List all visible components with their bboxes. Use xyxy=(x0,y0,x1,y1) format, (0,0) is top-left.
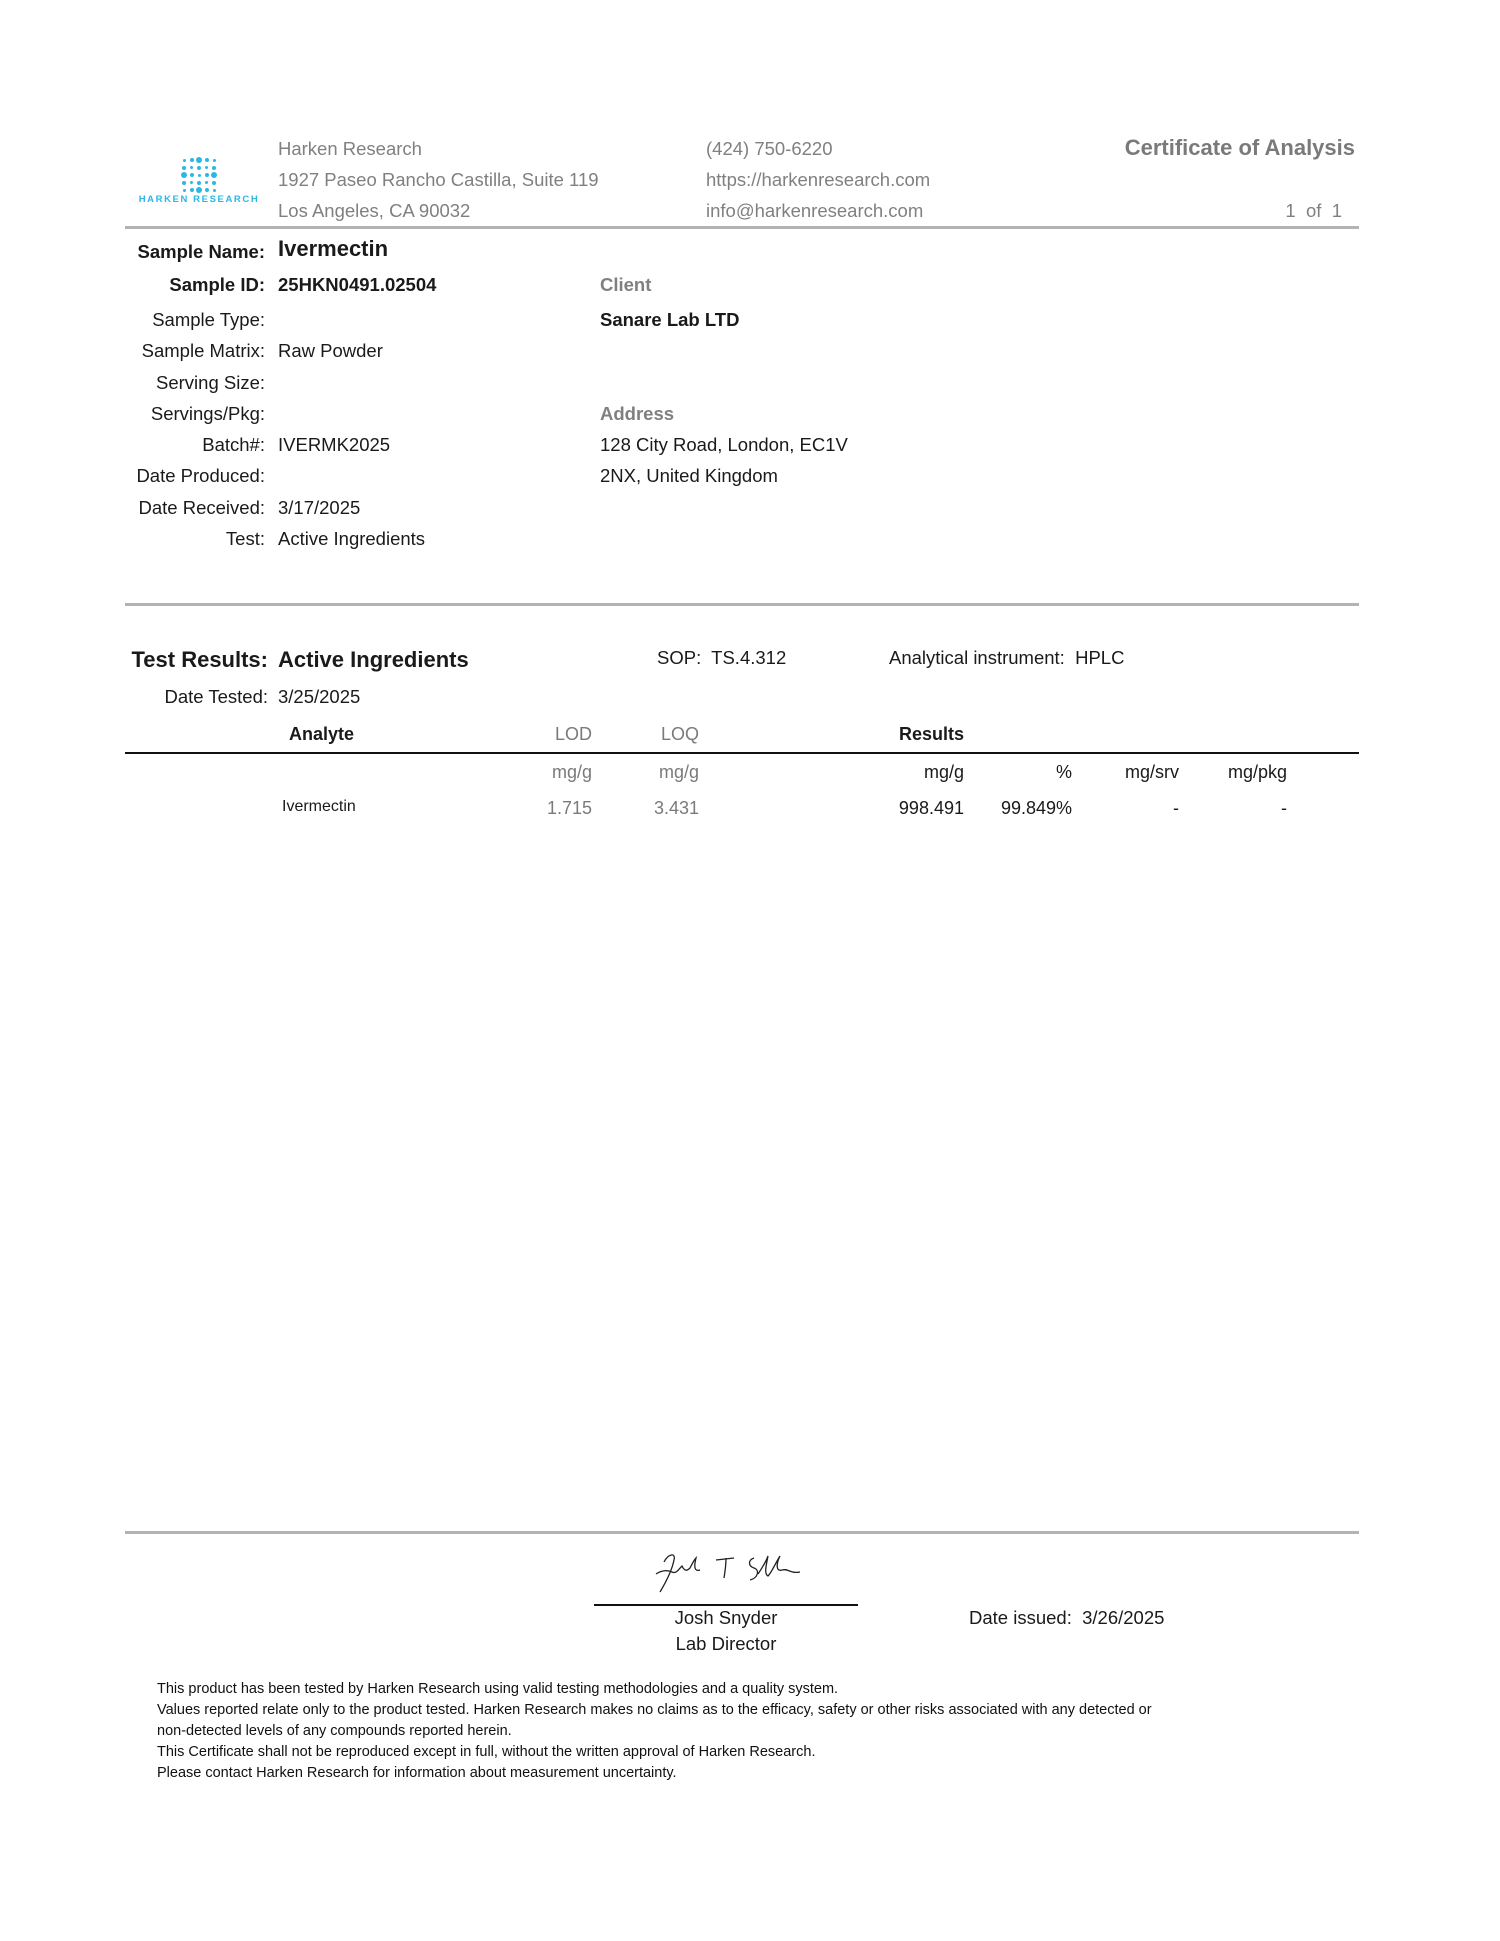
date-tested-value: 3/25/2025 xyxy=(278,686,360,708)
loq-value: 3.431 xyxy=(654,798,699,819)
harken-research-logo: HARKEN RESEARCH xyxy=(124,156,274,212)
section-divider xyxy=(125,603,1359,606)
logo-dot xyxy=(181,172,187,178)
analytical-instrument: Analytical instrument: HPLC xyxy=(889,647,1124,669)
address-heading: Address xyxy=(600,403,674,425)
result-mg-srv: - xyxy=(1173,798,1179,819)
logo-dot-grid-icon xyxy=(180,156,218,192)
date-issued: Date issued: 3/26/2025 xyxy=(969,1607,1164,1629)
signer-title: Lab Director xyxy=(594,1633,858,1655)
disclaimer-line: Values reported relate only to the produ… xyxy=(157,1702,1152,1718)
col-header-loq: LOQ xyxy=(661,724,699,745)
logo-dot xyxy=(190,181,193,184)
footer-divider xyxy=(125,1531,1359,1534)
logo-dot xyxy=(182,181,186,185)
signature-line xyxy=(594,1604,858,1606)
unit-loq: mg/g xyxy=(659,762,699,783)
client-name: Sanare Lab LTD xyxy=(600,309,739,331)
logo-dot xyxy=(183,159,186,162)
sample-matrix-label: Sample Matrix: xyxy=(142,340,265,362)
lab-address-line2: Los Angeles, CA 90032 xyxy=(278,200,470,222)
sample-id-value: 25HKN0491.02504 xyxy=(278,274,436,296)
logo-dot xyxy=(213,189,216,192)
client-heading: Client xyxy=(600,274,651,296)
unit-mg-srv: mg/srv xyxy=(1125,762,1179,783)
unit-mg-pkg: mg/pkg xyxy=(1228,762,1287,783)
logo-dot xyxy=(205,166,208,169)
logo-dot xyxy=(211,172,217,178)
result-mg-g: 998.491 xyxy=(899,798,964,819)
sample-id-label: Sample ID: xyxy=(169,274,265,296)
logo-dot xyxy=(197,166,201,170)
client-address-line1: 128 City Road, London, EC1V xyxy=(600,434,848,456)
page-total: 1 xyxy=(1332,200,1342,221)
unit-mg-g: mg/g xyxy=(924,762,964,783)
serving-size-label: Serving Size: xyxy=(156,372,265,394)
signer-name: Josh Snyder xyxy=(594,1607,858,1629)
instrument-value: HPLC xyxy=(1075,647,1124,668)
test-results-title: Active Ingredients xyxy=(278,647,469,673)
logo-dot xyxy=(212,166,216,170)
logo-dot xyxy=(197,181,201,185)
logo-dot xyxy=(190,173,194,177)
sop-value: TS.4.312 xyxy=(711,647,786,668)
document-title: Certificate of Analysis xyxy=(1125,135,1355,161)
test-label: Test: xyxy=(226,528,265,550)
sop: SOP: TS.4.312 xyxy=(657,647,786,669)
header-divider xyxy=(125,226,1359,229)
logo-dot xyxy=(205,158,209,162)
logo-dot xyxy=(205,173,209,177)
logo-dot xyxy=(196,187,202,193)
lod-value: 1.715 xyxy=(547,798,592,819)
lab-name: Harken Research xyxy=(278,138,422,160)
test-results-label: Test Results: xyxy=(131,647,268,673)
sample-matrix-value: Raw Powder xyxy=(278,340,383,362)
date-produced-label: Date Produced: xyxy=(136,465,265,487)
logo-dot xyxy=(183,189,186,192)
client-address-line2: 2NX, United Kingdom xyxy=(600,465,778,487)
logo-dot xyxy=(196,157,202,163)
logo-dot xyxy=(205,181,208,184)
date-issued-label: Date issued: xyxy=(969,1607,1072,1628)
result-percent: 99.849% xyxy=(1001,798,1072,819)
logo-dot xyxy=(212,181,216,185)
logo-dot xyxy=(182,166,186,170)
sop-label: SOP: xyxy=(657,647,701,668)
logo-wordmark: HARKEN RESEARCH xyxy=(124,194,274,205)
disclaimer-line: This Certificate shall not be reproduced… xyxy=(157,1744,815,1760)
sample-name-label: Sample Name: xyxy=(138,241,266,263)
table-header-rule xyxy=(125,752,1359,754)
instrument-label: Analytical instrument: xyxy=(889,647,1065,668)
logo-dot xyxy=(190,158,194,162)
batch-value: IVERMK2025 xyxy=(278,434,390,456)
analyte-name: Ivermectin xyxy=(282,798,356,816)
servings-per-pkg-label: Servings/Pkg: xyxy=(151,403,265,425)
batch-label: Batch#: xyxy=(202,434,265,456)
page-of: of xyxy=(1306,200,1321,221)
disclaimer-line: This product has been tested by Harken R… xyxy=(157,1681,838,1697)
date-tested-label: Date Tested: xyxy=(164,686,268,708)
result-mg-pkg: - xyxy=(1281,798,1287,819)
col-header-analyte: Analyte xyxy=(289,724,354,745)
sample-name-value: Ivermectin xyxy=(278,236,388,262)
disclaimer-line: non-detected levels of any compounds rep… xyxy=(157,1723,512,1739)
lab-phone: (424) 750-6220 xyxy=(706,138,833,160)
signature-image xyxy=(650,1548,825,1598)
logo-dot xyxy=(205,188,209,192)
test-value: Active Ingredients xyxy=(278,528,425,550)
page-indicator: 1 of 1 xyxy=(1285,200,1342,222)
logo-dot xyxy=(213,159,216,162)
lab-address-line1: 1927 Paseo Rancho Castilla, Suite 119 xyxy=(278,169,599,191)
unit-percent: % xyxy=(1056,762,1072,783)
lab-email[interactable]: info@harkenresearch.com xyxy=(706,200,923,222)
date-issued-value: 3/26/2025 xyxy=(1082,1607,1164,1628)
unit-lod: mg/g xyxy=(552,762,592,783)
sample-type-label: Sample Type: xyxy=(152,309,265,331)
lab-website[interactable]: https://harkenresearch.com xyxy=(706,169,930,191)
disclaimer-line: Please contact Harken Research for infor… xyxy=(157,1765,677,1781)
page-current: 1 xyxy=(1285,200,1295,221)
col-header-results: Results xyxy=(899,724,964,745)
logo-dot xyxy=(190,166,193,169)
date-received-value: 3/17/2025 xyxy=(278,497,360,519)
logo-dot xyxy=(190,188,194,192)
date-received-label: Date Received: xyxy=(139,497,265,519)
col-header-lod: LOD xyxy=(555,724,592,745)
logo-dot xyxy=(198,174,201,177)
